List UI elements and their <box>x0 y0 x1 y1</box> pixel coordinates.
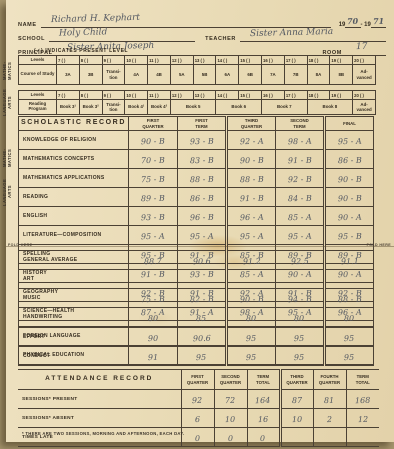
grade-cell: 90 - B <box>227 289 276 308</box>
subject-row: KNOWLEDGE OF RELIGION 90 - B 93 - B 92 -… <box>19 131 374 150</box>
course-cell: 5B <box>193 65 216 85</box>
attendance-value: 72 <box>225 397 235 405</box>
grade-cell: 86 - B <box>178 188 227 207</box>
math-levels-row: Levels 7 ( )8 ( )9 ( )10 ( )11 ( )12 ( )… <box>19 56 376 65</box>
grade-cell: 90 - B <box>325 188 374 207</box>
attendance-value: 10 <box>292 416 302 424</box>
conduct-label: CONDUCT <box>19 347 129 366</box>
attendance-cell: 10 <box>280 409 313 428</box>
special-label: ART <box>19 270 129 289</box>
grade-value: 90 - B <box>337 195 361 204</box>
attendance-value: 81 <box>324 397 334 405</box>
grade-value: 91 <box>148 354 158 362</box>
subject-row: ENGLISH 93 - B 96 - B 96 - A 85 - A 90 -… <box>19 207 374 226</box>
special-label: GENERAL AVERAGE <box>19 251 129 270</box>
grade-value: 95 <box>294 335 304 343</box>
attendance-cell: 92 <box>181 390 214 409</box>
grade-cell: 95 <box>325 328 374 347</box>
grade-cell: 95 <box>227 347 276 366</box>
special-row: HANDWRITING 80 85 80 80 80 <box>19 308 374 327</box>
grade-value: 80 <box>148 315 158 323</box>
level-number-cell: 18 ( ) <box>307 56 330 65</box>
book-cell: Book 3¹ <box>57 100 80 115</box>
grade-value: 92.5 <box>290 258 308 266</box>
grade-cell <box>227 270 276 289</box>
attendance-value: 6 <box>195 416 200 424</box>
grade-cell: 95 <box>178 347 227 366</box>
conduct-label: EFFORT <box>19 328 129 347</box>
grade-cell: 94 - B <box>276 289 325 308</box>
attendance-footnote: * THERE ARE TWO SESSIONS, MORNING AND AF… <box>22 431 184 436</box>
level-number-cell: 14 ( ) <box>216 91 239 100</box>
grade-cell: 96 - A <box>227 207 276 226</box>
level-number-cell: 10 ( ) <box>125 56 148 65</box>
grade-cell: 70 - B <box>129 150 178 169</box>
math-course-label: Course of Study <box>19 65 57 85</box>
att-col-term-total-2: TERM TOTAL <box>346 370 379 390</box>
grade-cell: 80 <box>276 308 325 327</box>
attendance-value: 164 <box>255 397 270 405</box>
reading-program-label: Reading Program <box>19 100 57 115</box>
fold-line: FOLD HERE FOLD HERE <box>6 243 394 249</box>
attendance-row: SESSIONS* ABSENT 6 10 16 10 2 12 <box>18 409 379 428</box>
grade-value: 85 <box>196 315 206 323</box>
att-col-fourth-quarter: FOURTH QUARTER <box>313 370 346 390</box>
attendance-cell: 6 <box>181 409 214 428</box>
course-cell: 4A <box>125 65 148 85</box>
grade-cell: 90 - B <box>325 169 374 188</box>
att-col-third-quarter: THIRD QUARTER <box>280 370 313 390</box>
grade-cell: 92 - A <box>227 131 276 150</box>
grade-value: 98 - A <box>288 138 312 147</box>
grade-cell: 95 - A <box>129 226 178 245</box>
course-cell: Transi- tion <box>102 65 125 85</box>
fold-crease <box>6 246 394 247</box>
special-label: MUSIC <box>19 289 129 308</box>
col-header-third-quarter: THIRD QUARTER <box>227 117 276 131</box>
attendance-cell: 16 <box>247 409 280 428</box>
attendance-label: SESSIONS* PRESENT <box>18 390 181 409</box>
course-cell: 8A <box>307 65 330 85</box>
language-levels-row: Levels 7 ( )8 ( )9 ( )10 ( )11 ( )12 ( )… <box>19 91 376 100</box>
grade-cell: 82 - B <box>178 289 227 308</box>
book-cell: Book 8 <box>307 100 353 115</box>
course-cell: 5A <box>170 65 193 85</box>
grade-cell: 75 - B <box>129 169 178 188</box>
grade-value: 95 - A <box>240 233 264 242</box>
level-number-cell: 9 ( ) <box>102 91 125 100</box>
book-cell: Ad- vanced <box>353 100 376 115</box>
grade-value: 95 - B <box>337 233 361 242</box>
grade-value: 91 - B <box>287 157 311 166</box>
grade-cell: 85 <box>178 308 227 327</box>
grade-value: 95 - A <box>141 233 165 242</box>
grade-cell: 92.5 <box>276 251 325 270</box>
grade-cell: 90 - B <box>227 150 276 169</box>
attendance-cell: 0 <box>247 428 280 447</box>
level-number-cell: 11 ( ) <box>148 56 171 65</box>
attendance-cell: 168 <box>346 390 379 409</box>
col-header-first-quarter: FIRST QUARTER <box>129 117 178 131</box>
math-levels-side-label: MATHE- MATICS <box>3 55 19 86</box>
level-number-cell: 12 ( ) <box>170 56 193 65</box>
conduct-row: EFFORT 90 90.6 95 95 95 <box>19 328 374 347</box>
grade-value: 88 - B <box>239 176 263 185</box>
att-col-second-quarter: SECOND QUARTER <box>214 370 247 390</box>
level-number-cell: 13 ( ) <box>193 56 216 65</box>
att-col-first-quarter: FIRST QUARTER <box>181 370 214 390</box>
language-levels-table: Levels 7 ( )8 ( )9 ( )10 ( )11 ( )12 ( )… <box>18 90 376 115</box>
room-value: 17 <box>356 43 368 52</box>
attendance-cell <box>313 428 346 447</box>
grade-value: 80 <box>344 315 354 323</box>
attendance-cell: 2 <box>313 409 346 428</box>
grade-cell: 80 <box>227 308 276 327</box>
grade-value: 90 - B <box>337 176 361 185</box>
course-cell: 3A <box>57 65 80 85</box>
grade-cell: 83 - B <box>178 150 227 169</box>
book-cell: Book 4¹ <box>125 100 148 115</box>
level-number-cell: 16 ( ) <box>262 91 285 100</box>
subject-label: READING <box>19 188 129 207</box>
grade-cell: 96 - B <box>178 207 227 226</box>
grade-value: 90 - B <box>239 157 263 166</box>
grade-value: 95 <box>344 354 354 362</box>
report-card-page: NAME Richard H. Kephart 19 70 - 19 71 SC… <box>6 0 394 442</box>
reading-program-row: Reading Program Book 3¹ Book 3² Transi- … <box>19 100 376 115</box>
grade-cell <box>276 270 325 289</box>
grade-cell: 91.2 <box>227 251 276 270</box>
subject-label: KNOWLEDGE OF RELIGION <box>19 131 129 150</box>
grade-value: 95 <box>294 354 304 362</box>
level-number-cell: 7 ( ) <box>57 91 80 100</box>
subject-row: MATHEMATICS CONCEPTS 70 - B 83 - B 90 - … <box>19 150 374 169</box>
grade-value: 96 - A <box>240 214 264 223</box>
attendance-value: 0 <box>228 435 233 443</box>
course-cell: Ad- vanced <box>353 65 376 85</box>
attendance-title: ATTENDANCE RECORD <box>18 370 181 390</box>
math-course-row: Course of Study 3A3BTransi- tion4A4B5A5B… <box>19 65 376 85</box>
book-cell: Book 5 <box>170 100 216 115</box>
grade-cell: 75 - B <box>129 289 178 308</box>
grade-value: 85 - A <box>288 214 312 223</box>
grade-value: 88.7 <box>144 258 162 266</box>
conduct-row: CONDUCT 91 95 95 95 95 <box>19 347 374 366</box>
grade-cell: 98 - A <box>276 131 325 150</box>
grade-cell: 85 - A <box>276 207 325 226</box>
grade-cell: 84 - B <box>276 188 325 207</box>
grade-cell: 91 - B <box>227 188 276 207</box>
level-number-cell: 20 ( ) <box>353 91 376 100</box>
col-header-first-term: FIRST TERM <box>178 117 227 131</box>
special-row: GENERAL AVERAGE 88.7 90.6 91.2 92.5 91.1 <box>19 251 374 270</box>
grade-value: 86 - B <box>337 157 361 166</box>
math-levels-label: Levels <box>19 56 57 65</box>
effort-conduct-table: EFFORT 90 90.6 95 95 95 CONDUCT 91 95 95… <box>18 327 374 366</box>
grade-cell: 95 - A <box>276 226 325 245</box>
grade-value: 96 - B <box>189 214 213 223</box>
attendance-cell: 87 <box>280 390 313 409</box>
grade-cell: 95 <box>325 347 374 366</box>
grade-cell: 90 - B <box>129 131 178 150</box>
level-number-cell: 10 ( ) <box>125 91 148 100</box>
grade-value: 90 - A <box>338 214 362 223</box>
grade-value: 95 - A <box>338 138 362 147</box>
attendance-label: SESSIONS* ABSENT <box>18 409 181 428</box>
course-cell: 7A <box>262 65 285 85</box>
attendance-header-row: ATTENDANCE RECORD FIRST QUARTER SECOND Q… <box>18 370 379 390</box>
attendance-value: 12 <box>358 416 368 424</box>
attendance-cell <box>280 428 313 447</box>
scholastic-header-row: SCHOLASTIC RECORD FIRST QUARTER FIRST TE… <box>19 117 374 131</box>
grade-cell: 95 <box>276 347 325 366</box>
grade-cell: 95 - A <box>325 131 374 150</box>
level-number-cell: 8 ( ) <box>79 91 102 100</box>
level-number-cell: 20 ( ) <box>353 56 376 65</box>
fold-here-right: FOLD HERE <box>367 243 391 247</box>
attendance-cell: 0 <box>181 428 214 447</box>
attendance-cell <box>346 428 379 447</box>
grade-value: 92 - A <box>240 138 264 147</box>
attendance-value: 168 <box>355 397 370 405</box>
course-cell: 3B <box>79 65 102 85</box>
grade-value: 91.1 <box>340 258 358 266</box>
level-number-cell: 13 ( ) <box>193 91 216 100</box>
language-levels-side-label: LANGUAGE ARTS <box>3 90 19 116</box>
level-number-cell: 18 ( ) <box>307 91 330 100</box>
level-number-cell: 15 ( ) <box>239 56 262 65</box>
grade-value: 89 - B <box>141 195 165 204</box>
grade-cell <box>129 270 178 289</box>
level-number-cell: 7 ( ) <box>57 56 80 65</box>
grade-cell: 95 - B <box>325 226 374 245</box>
attendance-value: 16 <box>258 416 268 424</box>
attendance-row: SESSIONS* PRESENT 92 72 164 87 81 168 <box>18 390 379 409</box>
grade-value: 95 <box>246 354 256 362</box>
fold-here-left: FOLD HERE <box>8 243 32 247</box>
grade-value: 75 - B <box>141 176 165 185</box>
attendance-cell: 72 <box>214 390 247 409</box>
col-header-second-term: SECOND TERM <box>276 117 325 131</box>
course-cell: 4B <box>148 65 171 85</box>
grade-cell: 88 - B <box>178 169 227 188</box>
level-number-cell: 19 ( ) <box>330 56 353 65</box>
special-label: HANDWRITING <box>19 308 129 327</box>
grade-cell <box>178 270 227 289</box>
present-level-note: (✓) INDICATES PRESENT LEVEL <box>34 48 128 54</box>
grade-value: 80 <box>294 315 304 323</box>
grade-value: 75 - B <box>141 296 165 305</box>
course-cell: 7B <box>284 65 307 85</box>
subject-label: MATHEMATICS APPLICATIONS <box>19 169 129 188</box>
level-number-cell: 17 ( ) <box>284 56 307 65</box>
grade-cell: 80 <box>129 308 178 327</box>
grade-value: 93 - B <box>141 214 165 223</box>
grade-cell: 88 - B <box>325 289 374 308</box>
attendance-cell: 10 <box>214 409 247 428</box>
course-cell: 8B <box>330 65 353 85</box>
grade-cell: 91 - B <box>276 150 325 169</box>
grade-cell: 88 - B <box>227 169 276 188</box>
grade-value: 84 - B <box>287 195 311 204</box>
grade-cell: 93 - B <box>129 207 178 226</box>
grade-cell: 88.7 <box>129 251 178 270</box>
grade-cell: 91.1 <box>325 251 374 270</box>
attendance-value: 2 <box>327 416 332 424</box>
grade-value: 70 - B <box>141 157 165 166</box>
attendance-value: 87 <box>292 397 302 405</box>
book-cell: Book 3² <box>79 100 102 115</box>
subject-row: LITERATURE—COMPOSITION 95 - A 95 - A 95 … <box>19 226 374 245</box>
subject-label: LITERATURE—COMPOSITION <box>19 226 129 245</box>
grade-cell: 95 <box>276 328 325 347</box>
level-number-cell: 16 ( ) <box>262 56 285 65</box>
level-number-cell: 8 ( ) <box>79 56 102 65</box>
grade-value: 83 - B <box>189 157 213 166</box>
grade-value: 80 <box>246 315 256 323</box>
level-number-cell: 19 ( ) <box>330 91 353 100</box>
attendance-cell: 12 <box>346 409 379 428</box>
grade-cell: 93 - B <box>178 131 227 150</box>
subject-row: READING 89 - B 86 - B 91 - B 84 - B 90 -… <box>19 188 374 207</box>
grade-value: 82 - B <box>189 296 213 305</box>
subject-label: MATHEMATICS CONCEPTS <box>19 150 129 169</box>
book-cell: Book 6 <box>216 100 262 115</box>
grade-value: 90.6 <box>192 258 210 266</box>
special-row: MUSIC 75 - B 82 - B 90 - B 94 - B 88 - B <box>19 289 374 308</box>
grade-value: 88 - B <box>189 176 213 185</box>
grade-cell: 80 <box>325 308 374 327</box>
book-cell: Transi- tion <box>102 100 125 115</box>
grade-cell: 89 - B <box>129 188 178 207</box>
attendance-cell: 164 <box>247 390 280 409</box>
col-header-final: FINAL <box>325 117 374 131</box>
grade-cell: 90.6 <box>178 328 227 347</box>
room-field: 17 <box>346 36 386 56</box>
grade-cell: 86 - B <box>325 150 374 169</box>
subject-row: MATHEMATICS APPLICATIONS 75 - B 88 - B 8… <box>19 169 374 188</box>
grade-cell: 90 <box>129 328 178 347</box>
grade-cell: 95 <box>227 328 276 347</box>
grade-value: 86 - B <box>189 195 213 204</box>
grade-value: 93 - B <box>189 138 213 147</box>
grade-cell: 95 - A <box>227 226 276 245</box>
grade-value: 90 - B <box>239 296 263 305</box>
attendance-cell: 81 <box>313 390 346 409</box>
level-number-cell: 11 ( ) <box>148 91 171 100</box>
attendance-value: 0 <box>260 435 265 443</box>
grade-cell: 90 - A <box>325 207 374 226</box>
level-number-cell: 15 ( ) <box>239 91 262 100</box>
grade-value: 91 - B <box>239 195 263 204</box>
language-levels-label: Levels <box>19 91 57 100</box>
scholastic-title: SCHOLASTIC RECORD <box>19 117 129 131</box>
scholastic-language-side-label: LANGUAGE ARTS <box>3 169 19 215</box>
grade-value: 95 <box>196 354 206 362</box>
attendance-cell: 0 <box>214 428 247 447</box>
grade-value: 95 <box>246 335 256 343</box>
course-cell: 6B <box>239 65 262 85</box>
att-col-term-total-1: TERM TOTAL <box>247 370 280 390</box>
level-number-cell: 17 ( ) <box>284 91 307 100</box>
grade-cell: 95 - A <box>178 226 227 245</box>
grade-value: 95 - A <box>288 233 312 242</box>
level-number-cell: 12 ( ) <box>170 91 193 100</box>
subject-label: ENGLISH <box>19 207 129 226</box>
attendance-value: 0 <box>195 435 200 443</box>
scholastic-math-side-label: MATHE- MATICS <box>3 146 19 169</box>
special-row: ART <box>19 270 374 289</box>
grade-value: 91.2 <box>242 258 260 266</box>
grade-value: 95 - A <box>190 233 214 242</box>
attendance-value: 92 <box>192 397 202 405</box>
grade-cell <box>325 270 374 289</box>
grade-value: 90 - B <box>141 138 165 147</box>
level-number-cell: 14 ( ) <box>216 56 239 65</box>
grade-cell: 91 <box>129 347 178 366</box>
grade-value: 92 - B <box>287 176 311 185</box>
grade-value: 94 - B <box>287 296 311 305</box>
course-cell: 6A <box>216 65 239 85</box>
level-number-cell: 9 ( ) <box>102 56 125 65</box>
grade-value: 90.6 <box>192 335 210 343</box>
book-cell: Book 4² <box>148 100 171 115</box>
grade-cell: 92 - B <box>276 169 325 188</box>
attendance-value: 10 <box>225 416 235 424</box>
grade-value: 88 - B <box>337 296 361 305</box>
grade-value: 90 <box>148 335 158 343</box>
book-cell: Book 7 <box>262 100 308 115</box>
grade-value: 95 <box>344 335 354 343</box>
math-levels-table: Levels 7 ( )8 ( )9 ( )10 ( )11 ( )12 ( )… <box>18 55 376 85</box>
grade-cell: 90.6 <box>178 251 227 270</box>
